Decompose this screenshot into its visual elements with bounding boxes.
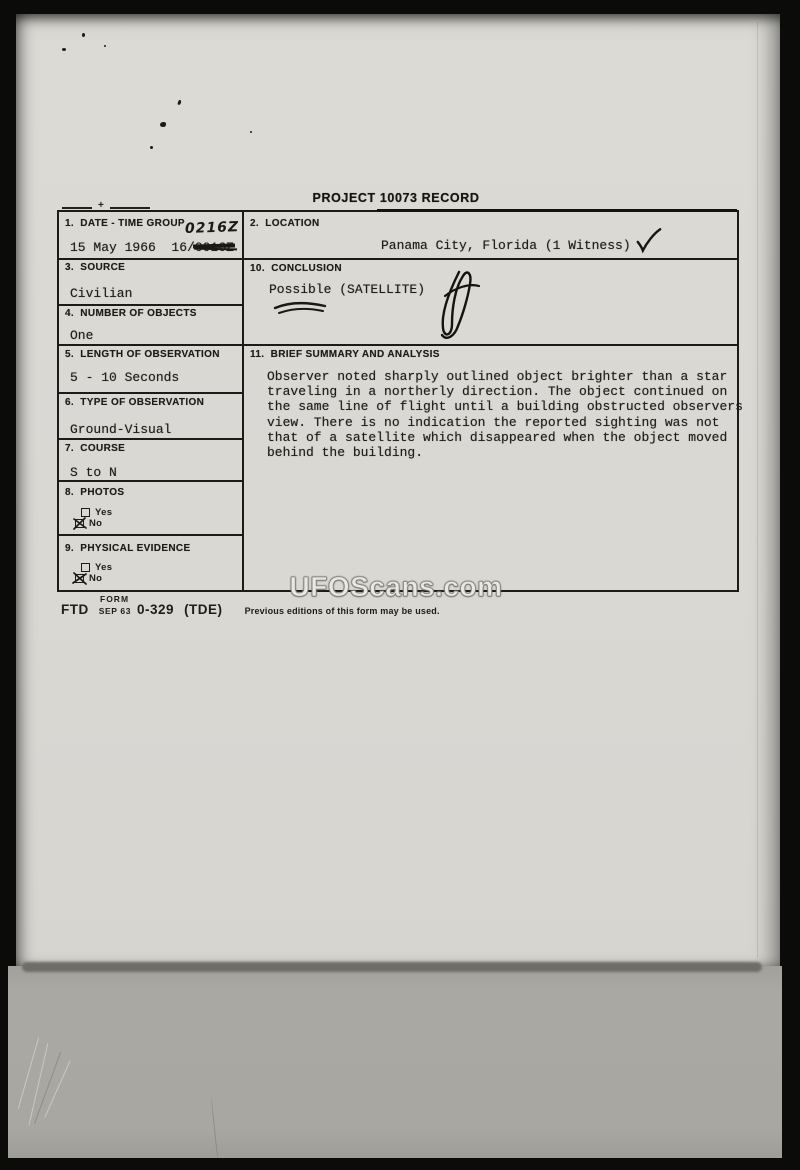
scanned-document: PROJECT 10073 RECORD + 1. DATE - TIME GR… (0, 0, 800, 1170)
form-note: Previous editions of this form may be us… (245, 606, 440, 616)
row-divider (59, 534, 243, 536)
photos-no-checkbox: No (75, 518, 102, 529)
field-label-location: 2. LOCATION (250, 218, 320, 229)
form-agency: FTD (61, 602, 89, 617)
ink-speck (160, 122, 166, 127)
paper-fold-line (757, 22, 758, 958)
row-divider (59, 258, 737, 260)
title-dash-mark (110, 207, 150, 209)
field-label-number-of-objects: 4. NUMBER OF OBJECTS (65, 308, 197, 319)
field-label-conclusion: 10. CONCLUSION (250, 263, 342, 274)
struck-out-time: 0016Z (195, 240, 234, 255)
ink-speck (150, 146, 153, 149)
field-value-conclusion: Possible (SATELLITE) (269, 282, 425, 297)
form-number-line: FTD SEP 63 0-329 (TDE) Previous editions… (61, 602, 440, 617)
row-divider (59, 344, 737, 346)
checkbox-checked-icon (75, 519, 84, 528)
field-value-type-of-observation: Ground-Visual (70, 422, 171, 437)
x-mark-icon (72, 516, 88, 531)
row-divider (59, 392, 243, 394)
field-value-course: S to N (70, 465, 117, 480)
table-border (377, 209, 737, 212)
record-form-table: 1. DATE - TIME GROUP 0216Z 15 May 1966 1… (57, 210, 739, 592)
underline-scribble (271, 300, 329, 318)
ink-speck (104, 45, 106, 47)
ink-speck (62, 48, 66, 51)
checkbox-label: No (89, 518, 102, 529)
watermark: UFOScans.com (57, 571, 735, 603)
field-label-source: 3. SOURCE (65, 262, 125, 273)
ink-speck (82, 33, 85, 37)
field-value-date-time-group: 15 May 1966 16/0016Z (70, 240, 234, 255)
page-bottom-shadow (22, 962, 762, 972)
title-dash-mark (62, 207, 92, 209)
field-label-photos: 8. PHOTOS (65, 487, 124, 498)
row-divider (59, 438, 243, 440)
field-value-length-of-observation: 5 - 10 Seconds (70, 370, 179, 385)
field-value-location: Panama City, Florida (1 Witness) (381, 238, 631, 253)
form-date: SEP 63 (99, 606, 131, 616)
field-label-brief-summary: 11. BRIEF SUMMARY AND ANALYSIS (250, 349, 440, 360)
field-label-type-of-observation: 6. TYPE OF OBSERVATION (65, 397, 204, 408)
signature-scribble (425, 266, 481, 346)
page-title: PROJECT 10073 RECORD (57, 191, 735, 205)
row-divider (59, 480, 243, 482)
ink-speck (250, 131, 252, 133)
field-label-date-time-group: 1. DATE - TIME GROUP (65, 218, 185, 229)
form-number: 0-329 (137, 602, 174, 617)
field-value-number-of-objects: One (70, 328, 93, 343)
form-suffix: (TDE) (184, 602, 223, 617)
scanner-backing (8, 966, 782, 1158)
field-label-physical-evidence: 9. PHYSICAL EVIDENCE (65, 543, 191, 554)
field-value-source: Civilian (70, 286, 132, 301)
handwritten-time: 0216Z (185, 219, 240, 237)
field-label-length-of-observation: 5. LENGTH OF OBSERVATION (65, 349, 220, 360)
row-divider (59, 304, 243, 306)
field-label-course: 7. COURSE (65, 443, 125, 454)
checkmark-icon (634, 225, 663, 256)
typed-date: 15 May 1966 16/ (70, 240, 195, 255)
checkbox-label: Yes (95, 507, 112, 518)
field-value-brief-summary: Observer noted sharply outlined object b… (267, 369, 743, 460)
